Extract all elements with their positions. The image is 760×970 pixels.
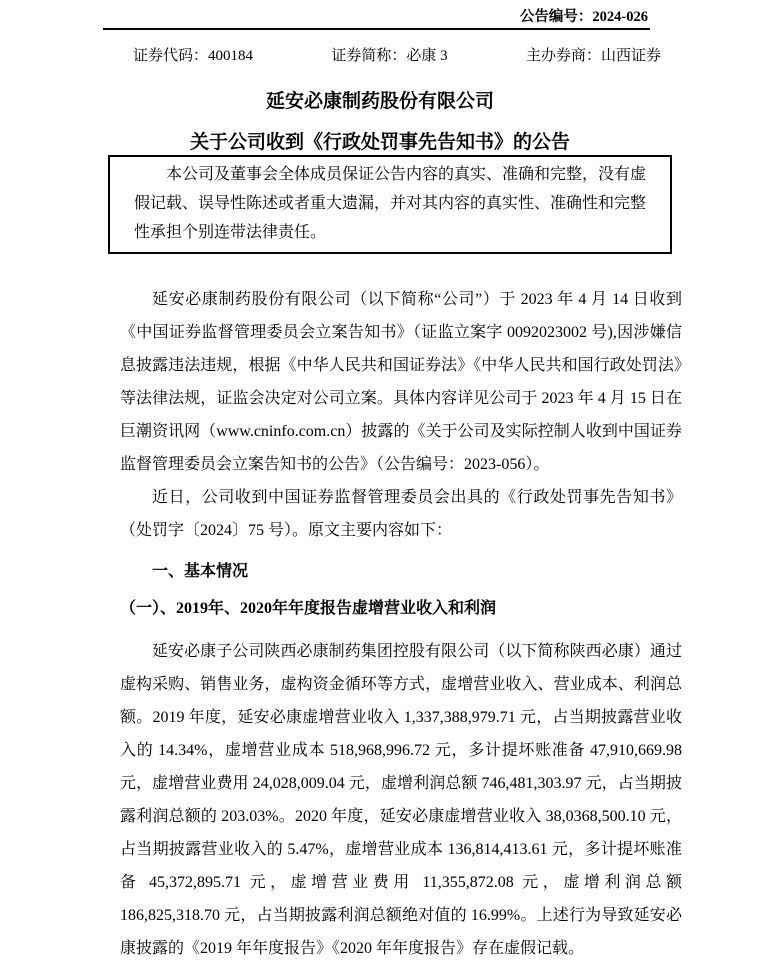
sponsor-value: 山西证券 (601, 48, 661, 64)
section-heading-basic-info: 一、基本情况 (120, 555, 682, 588)
announcement-number: 公告编号：2024-026 (103, 0, 650, 30)
stock-abbr-value: 必康 3 (406, 48, 447, 64)
stock-abbr-label: 证券简称： (331, 48, 406, 64)
paragraph-notice-received: 近日，公司收到中国证券监督管理委员会出具的《行政处罚事先告知书》（处罚字〔202… (120, 481, 682, 547)
securities-header-row: 证券代码：400184 证券简称：必康 3 主办券商：山西证券 (133, 44, 661, 65)
document-page: 公告编号：2024-026 证券代码：400184 证券简称：必康 3 主办券商… (0, 0, 760, 970)
sponsor: 主办券商：山西证券 (526, 44, 661, 65)
company-title: 延安必康制药股份有限公司 (0, 86, 760, 113)
stock-code-value: 400184 (208, 48, 253, 64)
stock-code: 证券代码：400184 (133, 44, 253, 65)
paragraph-inflation-details: 延安必康子公司陕西必康制药集团控股有限公司（以下简称陕西必康）通过虚构采购、销售… (120, 635, 682, 965)
paragraph-case-filing: 延安必康制药股份有限公司（以下简称“公司”）于 2023 年 4 月 14 日收… (120, 283, 682, 481)
announcement-title: 关于公司收到《行政处罚事先告知书》的公告 (0, 127, 760, 154)
stock-abbr: 证券简称：必康 3 (331, 44, 447, 65)
body-text: 延安必康制药股份有限公司（以下简称“公司”）于 2023 年 4 月 14 日收… (120, 283, 682, 965)
sponsor-label: 主办券商： (526, 48, 601, 64)
disclaimer-box: 本公司及董事会全体成员保证公告内容的真实、准确和完整，没有虚假记载、误导性陈述或… (108, 155, 672, 254)
stock-code-label: 证券代码： (133, 48, 208, 64)
section-subheading-inflated-revenue: （一）、2019年、2020年年度报告虚增营业收入和利润 (120, 592, 682, 625)
